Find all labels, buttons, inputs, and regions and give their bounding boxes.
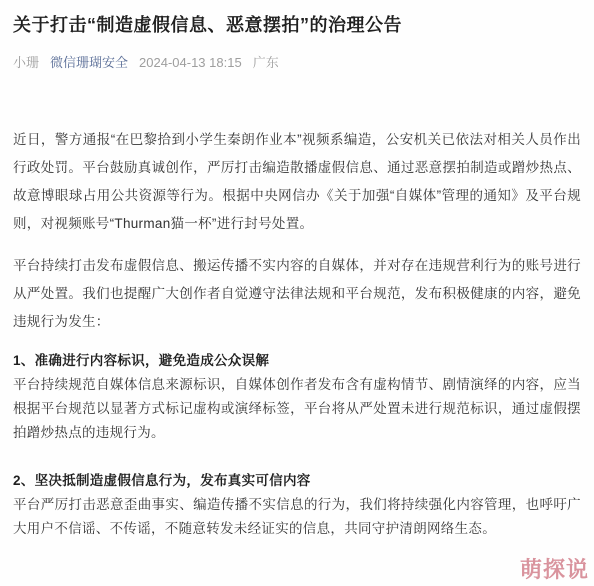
paragraph-intro-1: 近日，警方通报“在巴黎拾到小学生秦朗作业本”视频系编造，公安机关已依法对相关人员… — [13, 126, 581, 238]
section-resist-fake-info: 2、坚决抵制造虚假信息行为，发布真实可信内容 平台严厉打击恶意歪曲事实、编造传播… — [13, 468, 581, 541]
publish-datetime: 2024-04-13 18:15 — [139, 54, 242, 72]
author-name: 小珊 — [13, 54, 39, 72]
section-body-2: 平台严厉打击恶意歪曲事实、编造传播不实信息的行为，我们将持续强化内容管理，也呼吁… — [13, 493, 581, 541]
article-page: 关于打击“制造虚假信息、恶意摆拍”的治理公告 小珊 微信珊瑚安全 2024-04… — [0, 0, 594, 586]
publish-location: 广东 — [253, 54, 279, 72]
account-link[interactable]: 微信珊瑚安全 — [50, 54, 128, 72]
section-heading-1: 1、准确进行内容标识，避免造成公众误解 — [13, 348, 581, 373]
section-heading-2: 2、坚决抵制造虚假信息行为，发布真实可信内容 — [13, 468, 581, 493]
section-body-1: 平台持续规范自媒体信息来源标识，自媒体创作者发布含有虚构情节、剧情演绎的内容，应… — [13, 373, 581, 445]
section-content-labeling: 1、准确进行内容标识，避免造成公众误解 平台持续规范自媒体信息来源标识，自媒体创… — [13, 348, 581, 445]
byline: 小珊 微信珊瑚安全 2024-04-13 18:15 广东 — [13, 54, 581, 72]
article-title: 关于打击“制造虚假信息、恶意摆拍”的治理公告 — [13, 12, 581, 39]
paragraph-intro-2: 平台持续打击发布虚假信息、搬运传播不实内容的自媒体，并对存在违规营利行为的账号进… — [13, 252, 581, 336]
watermark-logo: 萌探说 — [520, 558, 589, 582]
article-body: 近日，警方通报“在巴黎拾到小学生秦朗作业本”视频系编造，公安机关已依法对相关人员… — [13, 126, 581, 541]
article: 关于打击“制造虚假信息、恶意摆拍”的治理公告 小珊 微信珊瑚安全 2024-04… — [0, 0, 594, 541]
